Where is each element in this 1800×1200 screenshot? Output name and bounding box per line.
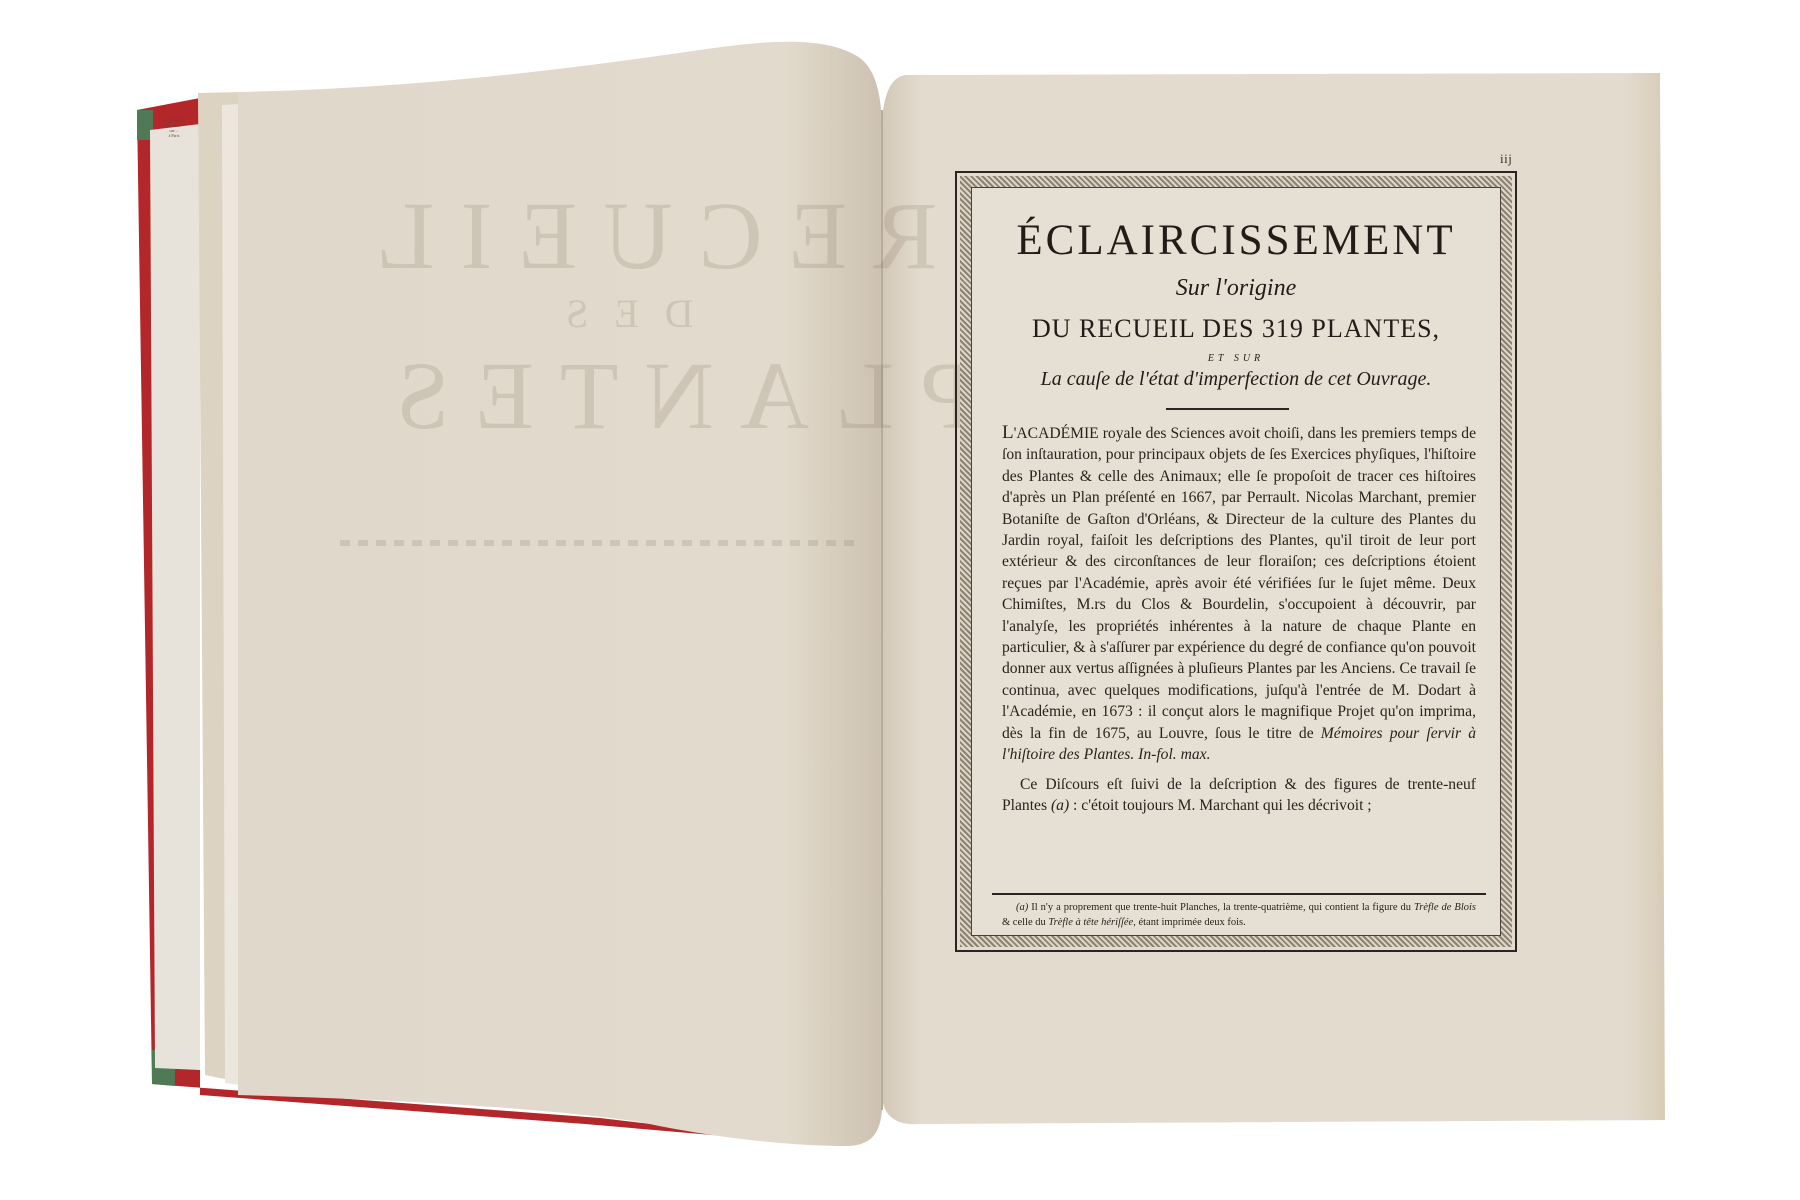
footnote-italic: Trèfle de Blois bbox=[1414, 902, 1476, 913]
show-through-title-2: DES bbox=[540, 290, 694, 337]
paragraph-2: Ce Diſcours eſt ſuivi de la deſcription … bbox=[1002, 774, 1476, 817]
title-rule bbox=[1166, 408, 1289, 410]
bookseller-label: N. HUMAN Libraire rue ... à Paris bbox=[152, 118, 196, 158]
page-title: ÉCLAIRCISSEMENT bbox=[972, 216, 1500, 265]
show-through-line bbox=[340, 540, 860, 546]
footnote: (a) Il n'y a proprement que trente-huit … bbox=[1002, 900, 1476, 930]
subtitle-recueil: DU RECUEIL DES 319 PLANTES, bbox=[972, 314, 1500, 344]
footnote-text: Il n'y a proprement que trente-huit Plan… bbox=[1028, 902, 1414, 913]
dropcap: L bbox=[1002, 422, 1014, 443]
body-text: L'ACADÉMIE royale des Sciences avoit cho… bbox=[1002, 422, 1476, 816]
subtitle-connector: ET SUR bbox=[972, 353, 1500, 364]
paragraph-1-text: royale des Sciences avoit choiſi, dans l… bbox=[1002, 425, 1476, 742]
open-book-scene: N. HUMAN Libraire rue ... à Paris RECUEI… bbox=[0, 0, 1800, 1200]
subtitle-origin: Sur l'origine bbox=[972, 275, 1500, 302]
frame-content: ÉCLAIRCISSEMENT Sur l'origine DU RECUEIL… bbox=[971, 187, 1501, 936]
page-number: iij bbox=[1500, 151, 1512, 167]
footnote-rule bbox=[992, 893, 1486, 895]
show-through-title-1: RECUEIL bbox=[350, 180, 937, 291]
footnote-text: étant imprimée deux fois. bbox=[1136, 917, 1246, 928]
paragraph-2-text-end: : c'étoit toujours M. Marchant qui les d… bbox=[1069, 797, 1372, 814]
smallcaps-word: 'ACADÉMIE bbox=[1014, 425, 1099, 442]
label-line: à Paris bbox=[152, 133, 196, 138]
subtitle-cause: La cauſe de l'état d'imperfection de cet… bbox=[972, 368, 1500, 391]
footnote-italic: Trèfle à tête hériſſée, bbox=[1048, 917, 1135, 928]
footnote-text: & celle du bbox=[1002, 917, 1048, 928]
paragraph-1: L'ACADÉMIE royale des Sciences avoit cho… bbox=[1002, 422, 1476, 766]
footnote-marker: (a) bbox=[1016, 902, 1028, 913]
ornamental-frame: ÉCLAIRCISSEMENT Sur l'origine DU RECUEIL… bbox=[955, 171, 1517, 952]
show-through-title-3: PLANTES bbox=[370, 340, 973, 451]
flyleaf-stub-inner bbox=[222, 104, 240, 1085]
endpaper bbox=[150, 124, 200, 1070]
footnote-reference: (a) bbox=[1051, 797, 1069, 814]
